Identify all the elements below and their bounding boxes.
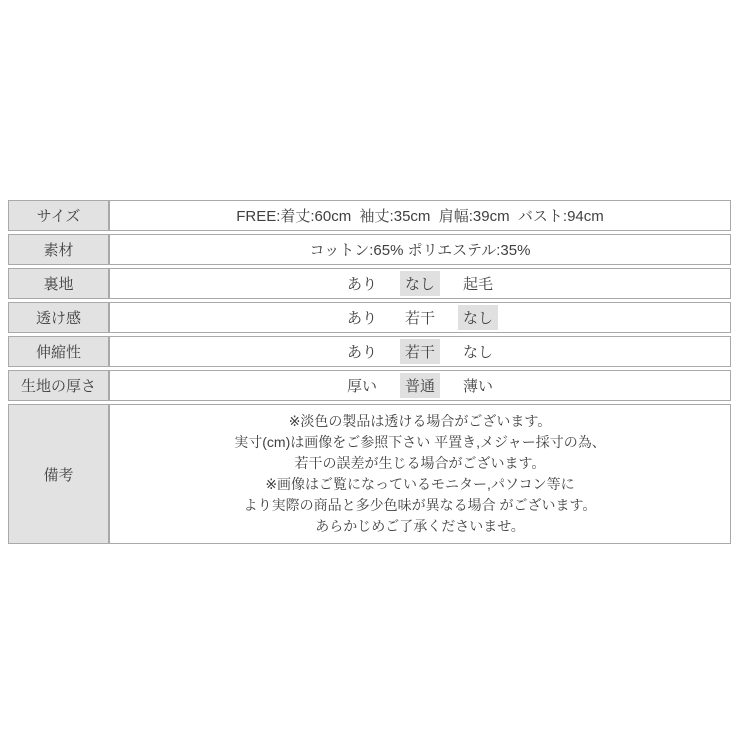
row-label: 備考 [8, 404, 109, 544]
spec-row-4: 伸縮性あり若干なし [8, 336, 731, 367]
row-value: ありなし起毛 [109, 268, 731, 299]
option-selected: なし [400, 271, 440, 296]
note-line: 実寸(cm)は画像をご参照下さい 平置き,メジャー採寸の為、 [120, 432, 720, 453]
product-spec-table: サイズFREE:着丈:60cm 袖丈:35cm 肩幅:39cm バスト:94cm… [8, 197, 731, 547]
row-label: 伸縮性 [8, 336, 109, 367]
row-label: 透け感 [8, 302, 109, 333]
option: なし [458, 339, 498, 364]
spec-row-3: 透け感あり若干なし [8, 302, 731, 333]
option-selected: なし [458, 305, 498, 330]
note-line: ※画像はご覧になっているモニター,パソコン等に [120, 474, 720, 495]
option: 起毛 [458, 271, 498, 296]
row-label: サイズ [8, 200, 109, 231]
spec-row-2: 裏地ありなし起毛 [8, 268, 731, 299]
note-line: 若干の誤差が生じる場合がございます。 [120, 453, 720, 474]
row-value: あり若干なし [109, 302, 731, 333]
row-label: 生地の厚さ [8, 370, 109, 401]
option: あり [342, 339, 382, 364]
row-label: 裏地 [8, 268, 109, 299]
row-label: 素材 [8, 234, 109, 265]
note-line: ※淡色の製品は透ける場合がございます。 [120, 411, 720, 432]
product-spec-page: サイズFREE:着丈:60cm 袖丈:35cm 肩幅:39cm バスト:94cm… [0, 0, 740, 740]
note-line: より実際の商品と多少色味が異なる場合 がございます。 [120, 495, 720, 516]
option: あり [342, 305, 382, 330]
row-value: FREE:着丈:60cm 袖丈:35cm 肩幅:39cm バスト:94cm [109, 200, 731, 231]
row-value: あり若干なし [109, 336, 731, 367]
spec-table-body: サイズFREE:着丈:60cm 袖丈:35cm 肩幅:39cm バスト:94cm… [8, 200, 731, 544]
option: 薄い [458, 373, 498, 398]
note-line: あらかじめご了承くださいませ。 [120, 516, 720, 537]
option: 若干 [400, 305, 440, 330]
spec-row-6: 備考※淡色の製品は透ける場合がございます。実寸(cm)は画像をご参照下さい 平置… [8, 404, 731, 544]
option-selected: 若干 [400, 339, 440, 364]
option-selected: 普通 [400, 373, 440, 398]
spec-row-5: 生地の厚さ厚い普通薄い [8, 370, 731, 401]
row-value: ※淡色の製品は透ける場合がございます。実寸(cm)は画像をご参照下さい 平置き,… [109, 404, 731, 544]
row-value: コットン:65% ポリエステル:35% [109, 234, 731, 265]
spec-row-0: サイズFREE:着丈:60cm 袖丈:35cm 肩幅:39cm バスト:94cm [8, 200, 731, 231]
option: 厚い [342, 373, 382, 398]
spec-row-1: 素材コットン:65% ポリエステル:35% [8, 234, 731, 265]
row-value: 厚い普通薄い [109, 370, 731, 401]
option: あり [342, 271, 382, 296]
